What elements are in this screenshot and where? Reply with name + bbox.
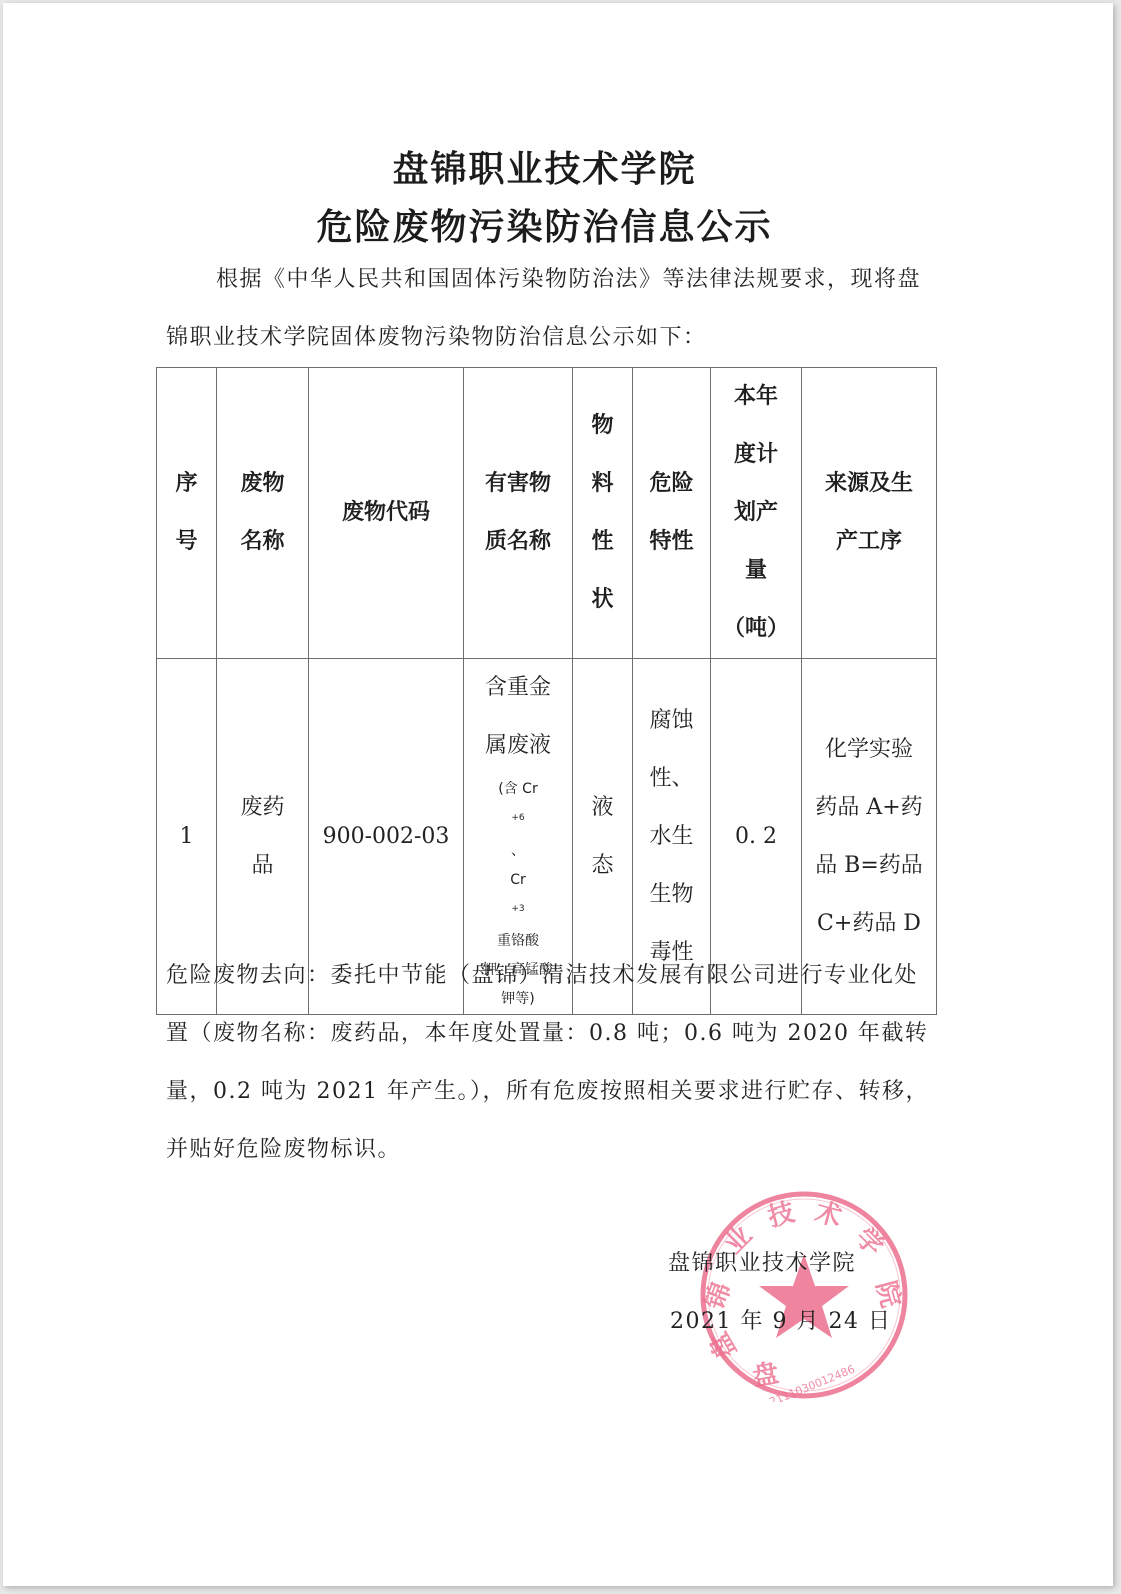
document-title-notice: 危险废物污染防治信息公示	[3, 199, 1086, 250]
svg-text:盘: 盘	[750, 1357, 781, 1392]
hazardous-waste-table: 序 号 废物 名称 废物代码 有害物 质名称 物 料 性 状 危险	[156, 367, 937, 1015]
header-waste-code: 废物代码	[309, 368, 464, 659]
svg-text:术: 术	[811, 1197, 845, 1233]
header-seq: 序 号	[157, 368, 217, 659]
official-seal-stamp-icon: 锦 业 技 术 学 院 盘 盘 2111030012486	[697, 1188, 911, 1402]
header-hazard-property: 危险 特性	[633, 368, 711, 659]
document-title-institution: 盘锦职业技术学院	[3, 141, 1086, 192]
table-header-row: 序 号 废物 名称 废物代码 有害物 质名称 物 料 性 状 危险	[157, 368, 937, 659]
header-waste-name: 废物 名称	[217, 368, 309, 659]
document-page: 盘锦职业技术学院 危险废物污染防治信息公示 根据《中华人民共和国固体污染物防治法…	[3, 3, 1113, 1586]
header-hazardous-substance: 有害物 质名称	[464, 368, 573, 659]
intro-paragraph: 根据《中华人民共和国固体污染物防治法》等法律法规要求，现将盘锦职业技术学院固体废…	[166, 251, 936, 367]
svg-text:技: 技	[765, 1197, 798, 1233]
signature-date: 2021 年 9 月 24 日	[670, 1304, 891, 1335]
signature-organization: 盘锦职业技术学院	[668, 1246, 856, 1277]
header-source-process: 来源及生 产工序	[802, 368, 937, 659]
header-physical-state: 物 料 性 状	[573, 368, 633, 659]
header-planned-amount: 本年 度计 划产 量 （吨）	[711, 368, 802, 659]
disposal-paragraph: 危险废物去向：委托中节能（盘锦）清洁技术发展有限公司进行专业化处置（废物名称：废…	[166, 947, 936, 1179]
